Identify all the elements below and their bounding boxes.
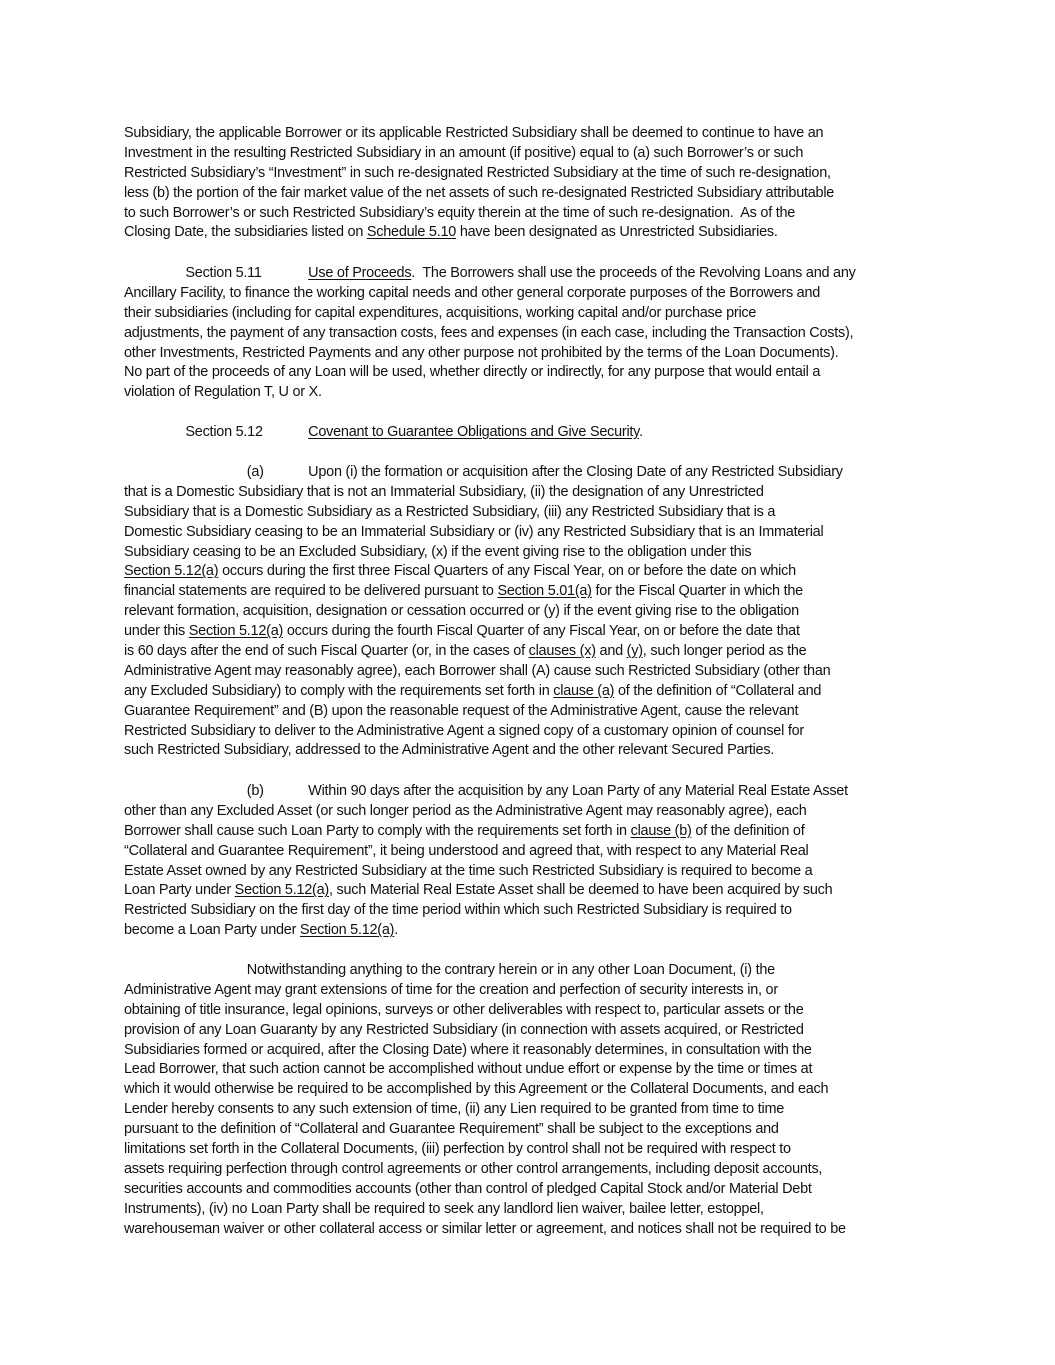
text-line: Administrative Agent may grant extension…	[124, 981, 936, 1001]
text-line: any Excluded Subsidiary) to comply with …	[124, 682, 936, 702]
text-line: Subsidiary, the applicable Borrower or i…	[124, 124, 936, 144]
text-line: Domestic Subsidiary ceasing to be an Imm…	[124, 523, 936, 543]
text-line: other than any Excluded Asset (or such l…	[124, 802, 936, 822]
text-line: to such Borrower’s or such Restricted Su…	[124, 204, 936, 224]
clause-b-reference: clause (b)	[631, 823, 692, 839]
text-run: occurs during the first three Fiscal Qua…	[218, 563, 796, 579]
section-heading-line: Section 5.11Use of Proceeds. The Borrowe…	[124, 264, 936, 284]
text-line: Administrative Agent may reasonably agre…	[124, 662, 936, 682]
section-5-11: Section 5.11Use of Proceeds. The Borrowe…	[124, 264, 944, 403]
clause-y-reference: (y)	[627, 643, 643, 659]
clause-b: (b)Within 90 days after the acquisition …	[124, 782, 944, 941]
text-line: such Restricted Subsidiary, addressed to…	[124, 741, 936, 761]
text-line: Restricted Subsidiary’s “Investment” in …	[124, 164, 936, 184]
clause-first-line: (b)Within 90 days after the acquisition …	[124, 782, 936, 802]
text-run: .	[394, 922, 398, 938]
text-line: under this Section 5.12(a) occurs during…	[124, 622, 936, 642]
text-line: other Investments, Restricted Payments a…	[124, 344, 936, 364]
text-line: pursuant to the definition of “Collatera…	[124, 1120, 936, 1140]
text-line: relevant formation, acquisition, designa…	[124, 602, 936, 622]
text-line: securities accounts and commodities acco…	[124, 1180, 936, 1200]
text-line: Borrower shall cause such Loan Party to …	[124, 822, 936, 842]
text-line: Subsidiary ceasing to be an Excluded Sub…	[124, 543, 936, 563]
section-title: Covenant to Guarantee Obligations and Gi…	[308, 424, 639, 440]
section-5-01a-reference: Section 5.01(a)	[497, 583, 591, 599]
section-5-12a-reference: Section 5.12(a)	[189, 623, 283, 639]
text-run: for the Fiscal Quarter in which the	[592, 583, 803, 599]
section-5-12a-reference: Section 5.12(a)	[235, 882, 329, 898]
text-line: warehouseman waiver or other collateral …	[124, 1220, 936, 1240]
text-line: Instruments), (iv) no Loan Party shall b…	[124, 1200, 936, 1220]
text-line: Closing Date, the subsidiaries listed on…	[124, 223, 936, 243]
text-run: Upon (i) the formation or acquisition af…	[308, 464, 843, 480]
clause-a-reference: clause (a)	[553, 683, 614, 699]
text-run: is 60 days after the end of such Fiscal …	[124, 643, 529, 659]
text-line: No part of the proceeds of any Loan will…	[124, 363, 936, 383]
clause-label: (a)	[247, 463, 308, 483]
text-run: .	[639, 424, 643, 440]
text-line: Guarantee Requirement” and (B) upon the …	[124, 702, 936, 722]
text-line: Section 5.12(a) occurs during the first …	[124, 562, 936, 582]
text-line: Lender hereby consents to any such exten…	[124, 1100, 936, 1120]
text-run: . The Borrowers shall use the proceeds o…	[411, 265, 855, 281]
text-line: “Collateral and Guarantee Requirement”, …	[124, 842, 936, 862]
text-line: Estate Asset owned by any Restricted Sub…	[124, 862, 936, 882]
schedule-5-10-reference: Schedule 5.10	[367, 224, 456, 240]
text-line: violation of Regulation T, U or X.	[124, 383, 936, 403]
text-run: Within 90 days after the acquisition by …	[308, 783, 848, 799]
text-run: of the definition of	[692, 823, 805, 839]
text-line: Restricted Subsidiary to deliver to the …	[124, 722, 936, 742]
text-run: Loan Party under	[124, 882, 235, 898]
text-run: and	[596, 643, 627, 659]
text-line: Ancillary Facility, to finance the worki…	[124, 284, 936, 304]
text-run: Borrower shall cause such Loan Party to …	[124, 823, 631, 839]
text-line: their subsidiaries (including for capita…	[124, 304, 936, 324]
text-line: obtaining of title insurance, legal opin…	[124, 1001, 936, 1021]
text-run: any Excluded Subsidiary) to comply with …	[124, 683, 553, 699]
section-title: Use of Proceeds	[308, 265, 411, 281]
clause-label: (b)	[247, 782, 308, 802]
section-number: Section 5.11	[185, 264, 308, 284]
text-line: become a Loan Party under Section 5.12(a…	[124, 921, 936, 941]
text-run: become a Loan Party under	[124, 922, 300, 938]
text-run: , such Material Real Estate Asset shall …	[329, 882, 832, 898]
section-number: Section 5.12	[185, 423, 308, 443]
text-line: adjustments, the payment of any transact…	[124, 324, 936, 344]
text-line: provision of any Loan Guaranty by any Re…	[124, 1021, 936, 1041]
text-line: Subsidiary that is a Domestic Subsidiary…	[124, 503, 936, 523]
text-line: Lead Borrower, that such action cannot b…	[124, 1060, 936, 1080]
clause-first-line: (a)Upon (i) the formation or acquisition…	[124, 463, 936, 483]
text-run: of the definition of “Collateral and	[614, 683, 821, 699]
text-line: financial statements are required to be …	[124, 582, 936, 602]
clause-a: (a)Upon (i) the formation or acquisition…	[124, 463, 944, 761]
text-run: have been designated as Unrestricted Sub…	[456, 224, 778, 240]
text-run: under this	[124, 623, 189, 639]
document-page: Subsidiary, the applicable Borrower or i…	[0, 0, 1055, 1365]
text-run: financial statements are required to be …	[124, 583, 497, 599]
text-run: occurs during the fourth Fiscal Quarter …	[283, 623, 800, 639]
text-line: that is a Domestic Subsidiary that is no…	[124, 483, 936, 503]
section-heading-line: Section 5.12Covenant to Guarantee Obliga…	[124, 423, 936, 443]
text-run: Closing Date, the subsidiaries listed on	[124, 224, 367, 240]
text-line: Restricted Subsidiary on the first day o…	[124, 901, 936, 921]
text-line: less (b) the portion of the fair market …	[124, 184, 936, 204]
text-line: Subsidiaries formed or acquired, after t…	[124, 1041, 936, 1061]
text-run: , such longer period as the	[643, 643, 807, 659]
clauses-x-reference: clauses (x)	[529, 643, 596, 659]
text-line: which it would otherwise be required to …	[124, 1080, 936, 1100]
notwithstanding-paragraph: Notwithstanding anything to the contrary…	[124, 961, 944, 1239]
text-line: Notwithstanding anything to the contrary…	[124, 961, 936, 981]
text-line: Investment in the resulting Restricted S…	[124, 144, 936, 164]
paragraph-unrestricted-subsidiary-continuation: Subsidiary, the applicable Borrower or i…	[124, 124, 944, 243]
section-5-12a-reference: Section 5.12(a)	[300, 922, 394, 938]
section-5-12a-reference: Section 5.12(a)	[124, 563, 218, 579]
text-line: limitations set forth in the Collateral …	[124, 1140, 936, 1160]
text-line: assets requiring perfection through cont…	[124, 1160, 936, 1180]
section-5-12-heading: Section 5.12Covenant to Guarantee Obliga…	[124, 423, 944, 443]
text-line: Loan Party under Section 5.12(a), such M…	[124, 881, 936, 901]
text-line: is 60 days after the end of such Fiscal …	[124, 642, 936, 662]
